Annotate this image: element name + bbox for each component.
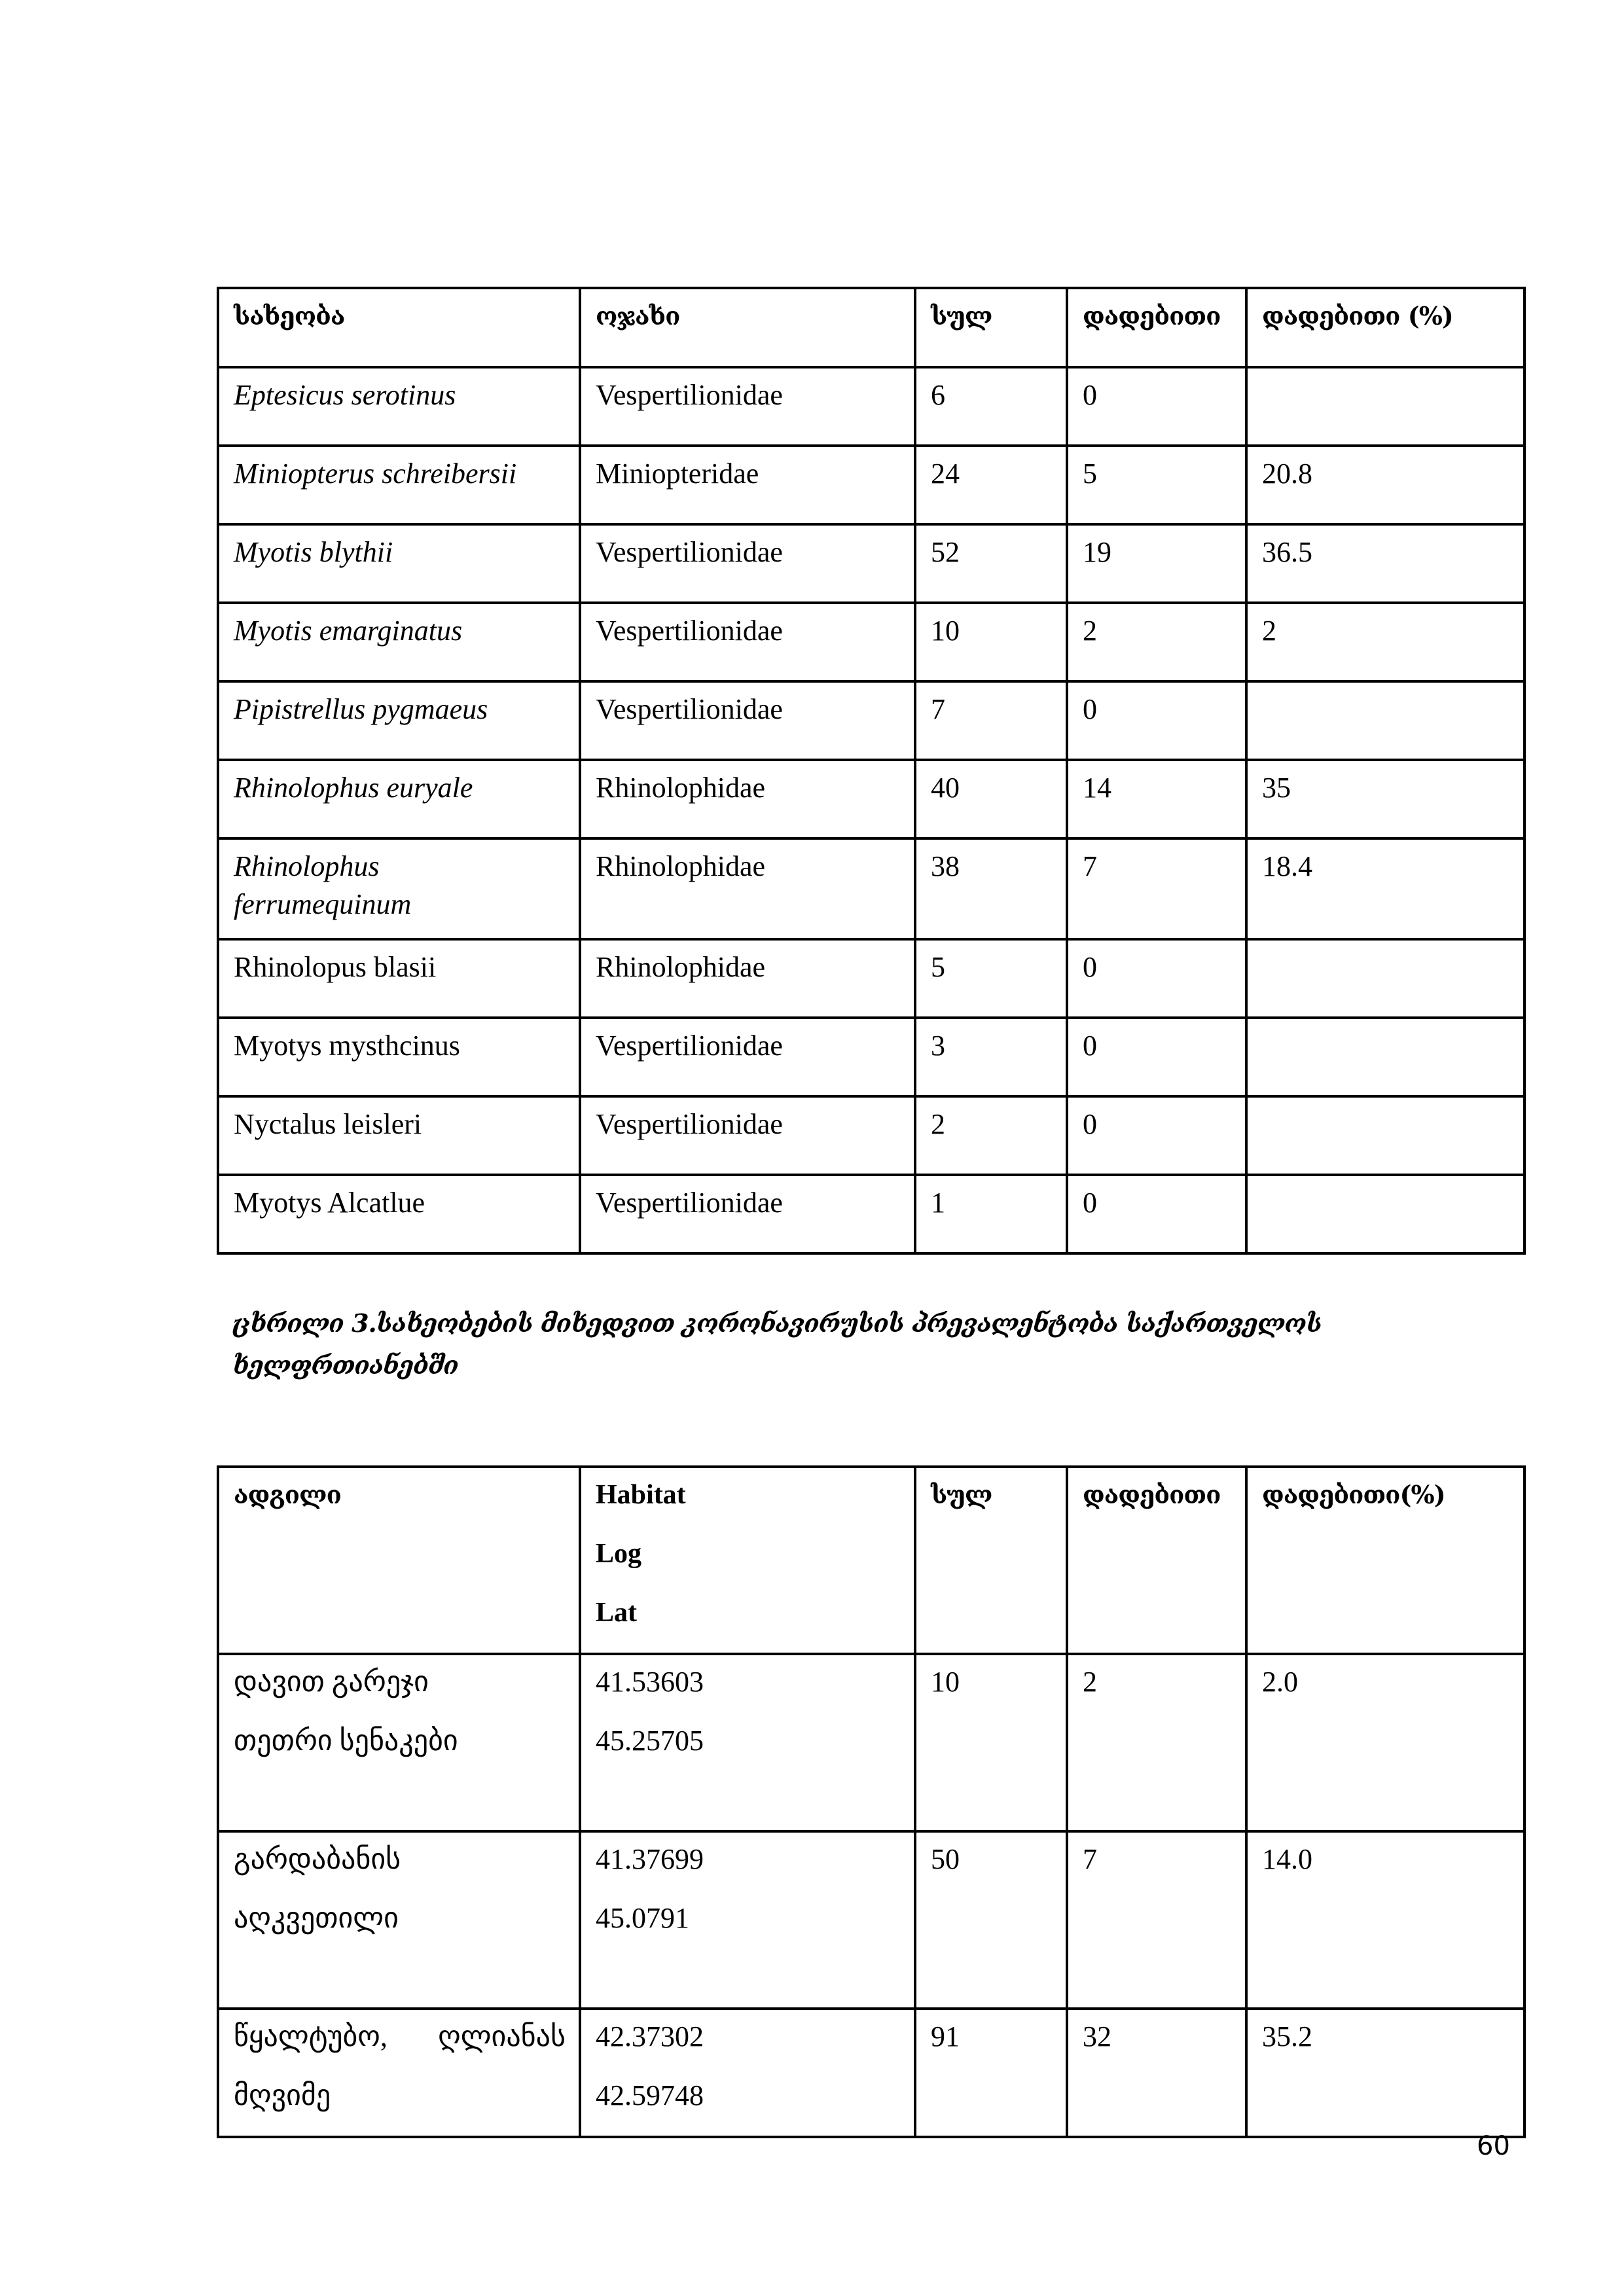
species-cell: Pipistrellus pygmaeus	[218, 681, 580, 760]
family-cell: Vespertilionidae	[580, 524, 915, 603]
family-cell: Vespertilionidae	[580, 1096, 915, 1175]
table-row: Myotys Alcatlue Vespertilionidae 1 0	[218, 1175, 1525, 1253]
species-cell: Rhinolophus ferrumequinum	[218, 838, 580, 939]
percent-cell	[1246, 1175, 1525, 1253]
positive-cell: 0	[1067, 939, 1246, 1018]
family-cell: Vespertilionidae	[580, 1018, 915, 1096]
header-positive: დადებითი	[1067, 288, 1246, 367]
total-cell: 24	[915, 446, 1067, 524]
species-cell: Miniopterus schreibersii	[218, 446, 580, 524]
species-line-2: ferrumequinum	[234, 886, 566, 924]
species-cell: Myotis blythii	[218, 524, 580, 603]
header-species: სახეობა	[218, 288, 580, 367]
family-cell: Vespertilionidae	[580, 681, 915, 760]
percent-cell: 35	[1246, 760, 1525, 838]
species-cell: Myotys Alcatlue	[218, 1175, 580, 1253]
coord-2: 42.59748	[596, 2077, 901, 2136]
percent-cell: 14.0	[1246, 1831, 1525, 2009]
header-place: ადგილი	[218, 1467, 580, 1654]
header-habitat: Habitat Log Lat	[580, 1467, 915, 1654]
species-prevalence-table: სახეობა ოჯახი სულ დადებითი დადებითი (%) …	[217, 287, 1526, 1255]
coords-cell: 42.37302 42.59748	[580, 2009, 915, 2137]
header-total: სულ	[915, 1467, 1067, 1654]
header-total: სულ	[915, 288, 1067, 367]
percent-cell	[1246, 1096, 1525, 1175]
percent-cell: 18.4	[1246, 838, 1525, 939]
table-caption: ცხრილი 3.სახეობების მიხედვით კორონავირუს…	[232, 1302, 1528, 1386]
species-cell: Nyctalus leisleri	[218, 1096, 580, 1175]
positive-cell: 0	[1067, 367, 1246, 446]
family-cell: Rhinolophidae	[580, 838, 915, 939]
table-row: Pipistrellus pygmaeus Vespertilionidae 7…	[218, 681, 1525, 760]
species-cell: Myotis emarginatus	[218, 603, 580, 681]
percent-cell: 20.8	[1246, 446, 1525, 524]
coord-2: 45.25705	[596, 1722, 901, 1781]
table-header-row: ადგილი Habitat Log Lat სულ დადებითი დადე…	[218, 1467, 1525, 1654]
positive-cell: 14	[1067, 760, 1246, 838]
total-cell: 10	[915, 1654, 1067, 1831]
positive-cell: 0	[1067, 1175, 1246, 1253]
place-line-1: დავით გარეჯი	[234, 1663, 566, 1722]
total-cell: 6	[915, 367, 1067, 446]
place-cell: დავით გარეჯი თეთრი სენაკები	[218, 1654, 580, 1831]
positive-cell: 2	[1067, 1654, 1246, 1831]
total-cell: 2	[915, 1096, 1067, 1175]
species-cell: Rhinolopus blasii	[218, 939, 580, 1018]
positive-cell: 0	[1067, 1018, 1246, 1096]
place-line-1: გარდაბანის	[234, 1840, 566, 1899]
table-row: Nyctalus leisleri Vespertilionidae 2 0	[218, 1096, 1525, 1175]
header-lat-label: Lat	[596, 1594, 901, 1653]
family-cell: Miniopteridae	[580, 446, 915, 524]
place-cell: წყალტუბო, ღლიანას მღვიმე	[218, 2009, 580, 2137]
percent-cell: 35.2	[1246, 2009, 1525, 2137]
percent-cell: 36.5	[1246, 524, 1525, 603]
percent-cell: 2	[1246, 603, 1525, 681]
total-cell: 3	[915, 1018, 1067, 1096]
coords-cell: 41.37699 45.0791	[580, 1831, 915, 2009]
total-cell: 91	[915, 2009, 1067, 2137]
positive-cell: 2	[1067, 603, 1246, 681]
coord-1: 42.37302	[596, 2018, 901, 2077]
percent-cell	[1246, 1018, 1525, 1096]
family-cell: Rhinolophidae	[580, 939, 915, 1018]
table-row: გარდაბანის აღკვეთილი 41.37699 45.0791 50…	[218, 1831, 1525, 2009]
positive-cell: 0	[1067, 681, 1246, 760]
header-positive-percent: დადებითი(%)	[1246, 1467, 1525, 1654]
positive-cell: 7	[1067, 1831, 1246, 2009]
family-cell: Rhinolophidae	[580, 760, 915, 838]
total-cell: 1	[915, 1175, 1067, 1253]
total-cell: 52	[915, 524, 1067, 603]
place-line-2: აღკვეთილი	[234, 1899, 566, 1958]
total-cell: 7	[915, 681, 1067, 760]
percent-cell	[1246, 939, 1525, 1018]
table-row: Rhinolophus euryale Rhinolophidae 40 14 …	[218, 760, 1525, 838]
family-cell: Vespertilionidae	[580, 1175, 915, 1253]
table-row: დავით გარეჯი თეთრი სენაკები 41.53603 45.…	[218, 1654, 1525, 1831]
header-habitat-label: Habitat	[596, 1476, 901, 1535]
table-row: Miniopterus schreibersii Miniopteridae 2…	[218, 446, 1525, 524]
table-row: წყალტუბო, ღლიანას მღვიმე 42.37302 42.597…	[218, 2009, 1525, 2137]
positive-cell: 19	[1067, 524, 1246, 603]
percent-cell: 2.0	[1246, 1654, 1525, 1831]
table-row: Myotys mysthcinus Vespertilionidae 3 0	[218, 1018, 1525, 1096]
header-positive: დადებითი	[1067, 1467, 1246, 1654]
place-line-1a: წყალტუბო,	[234, 2018, 388, 2077]
place-line-1: წყალტუბო, ღლიანას	[234, 2018, 566, 2077]
coord-1: 41.53603	[596, 1663, 901, 1722]
header-positive-percent: დადებითი (%)	[1246, 288, 1525, 367]
header-log-label: Log	[596, 1535, 901, 1594]
total-cell: 38	[915, 838, 1067, 939]
total-cell: 50	[915, 1831, 1067, 2009]
coords-cell: 41.53603 45.25705	[580, 1654, 915, 1831]
family-cell: Vespertilionidae	[580, 367, 915, 446]
place-line-2: თეთრი სენაკები	[234, 1722, 566, 1781]
total-cell: 5	[915, 939, 1067, 1018]
species-cell: Rhinolophus euryale	[218, 760, 580, 838]
table-header-row: სახეობა ოჯახი სულ დადებითი დადებითი (%)	[218, 288, 1525, 367]
place-cell: გარდაბანის აღკვეთილი	[218, 1831, 580, 2009]
page-number: 60	[1477, 2131, 1510, 2161]
table-row: Myotis blythii Vespertilionidae 52 19 36…	[218, 524, 1525, 603]
species-cell: Eptesicus serotinus	[218, 367, 580, 446]
table-row: Eptesicus serotinus Vespertilionidae 6 0	[218, 367, 1525, 446]
percent-cell	[1246, 681, 1525, 760]
table-row: Rhinolophus ferrumequinum Rhinolophidae …	[218, 838, 1525, 939]
total-cell: 40	[915, 760, 1067, 838]
coord-2: 45.0791	[596, 1899, 901, 1958]
header-family: ოჯახი	[580, 288, 915, 367]
positive-cell: 5	[1067, 446, 1246, 524]
table-row: Rhinolopus blasii Rhinolophidae 5 0	[218, 939, 1525, 1018]
percent-cell	[1246, 367, 1525, 446]
positive-cell: 0	[1067, 1096, 1246, 1175]
location-prevalence-table: ადგილი Habitat Log Lat სულ დადებითი დადე…	[217, 1465, 1526, 2138]
place-line-2: მღვიმე	[234, 2077, 566, 2136]
positive-cell: 32	[1067, 2009, 1246, 2137]
place-line-1b: ღლიანას	[438, 2018, 566, 2077]
total-cell: 10	[915, 603, 1067, 681]
family-cell: Vespertilionidae	[580, 603, 915, 681]
table-row: Myotis emarginatus Vespertilionidae 10 2…	[218, 603, 1525, 681]
coord-1: 41.37699	[596, 1840, 901, 1899]
species-cell: Myotys mysthcinus	[218, 1018, 580, 1096]
positive-cell: 7	[1067, 838, 1246, 939]
